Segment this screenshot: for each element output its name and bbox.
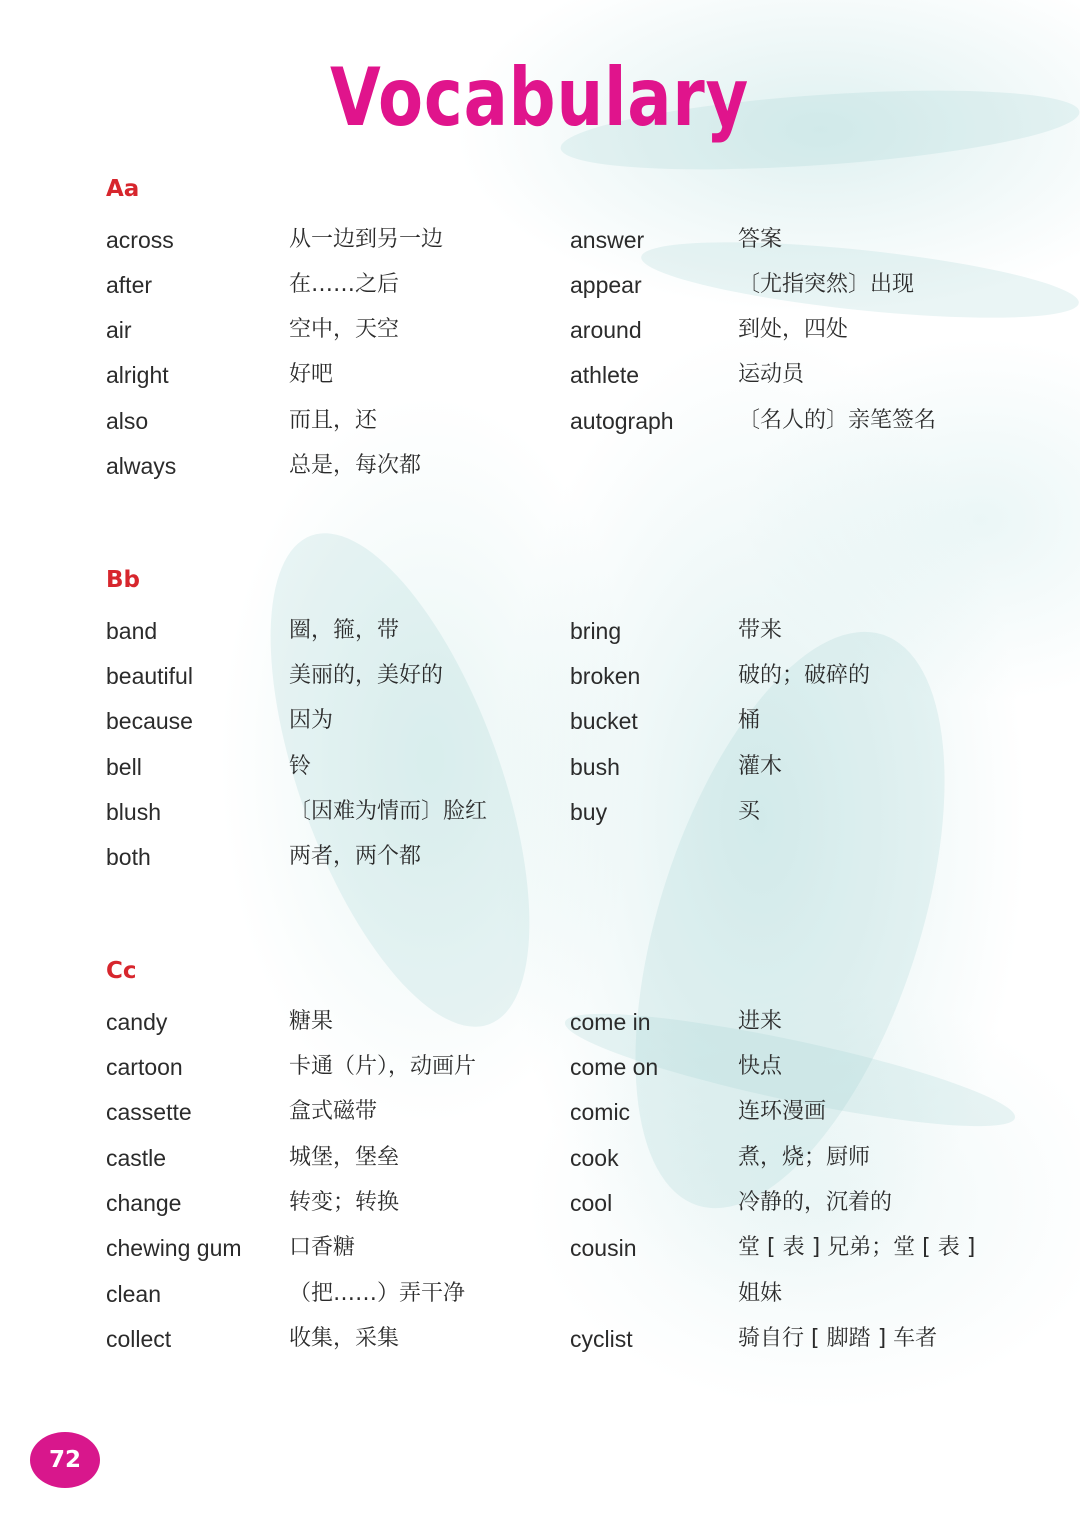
word-zh: 糖果 xyxy=(289,1011,333,1033)
word-zh: 买 xyxy=(738,801,760,823)
page-number: 72 xyxy=(49,1447,81,1473)
word-en: cousin xyxy=(570,1237,636,1260)
word-zh: 从一边到另一边 xyxy=(289,229,443,251)
word-zh: 连环漫画 xyxy=(738,1101,826,1123)
word-zh: 在……之后 xyxy=(289,274,399,296)
word-en: bucket xyxy=(570,710,638,733)
word-zh: 因为 xyxy=(289,710,333,732)
word-en: chewing gum xyxy=(106,1237,242,1260)
word-zh: 冷静的，沉着的 xyxy=(738,1192,892,1214)
word-zh: 破的；破碎的 xyxy=(738,665,870,687)
word-zh: （把……）弄干净 xyxy=(289,1283,465,1305)
word-en: bell xyxy=(106,756,142,779)
word-en: collect xyxy=(106,1328,171,1351)
word-en: change xyxy=(106,1192,181,1215)
word-en: band xyxy=(106,620,157,643)
word-zh: 总是，每次都 xyxy=(289,455,421,477)
word-zh: 转变；转换 xyxy=(289,1192,399,1214)
word-en: broken xyxy=(570,665,640,688)
word-en: come on xyxy=(570,1056,658,1079)
word-zh: 口香糖 xyxy=(289,1237,355,1259)
word-zh: 〔因难为情而〕脸红 xyxy=(289,801,487,823)
word-en: both xyxy=(106,846,151,869)
word-en: alright xyxy=(106,364,169,387)
word-zh: 两者，两个都 xyxy=(289,846,421,868)
word-zh: 而且，还 xyxy=(289,410,377,432)
word-zh-continuation: 姐妹 xyxy=(738,1283,782,1305)
word-en: appear xyxy=(570,274,642,297)
word-zh: 快点 xyxy=(738,1056,782,1078)
word-zh: 铃 xyxy=(289,756,311,778)
word-en: air xyxy=(106,319,132,342)
word-en: across xyxy=(106,229,174,252)
word-zh: 骑自行 [ 脚踏 ] 车者 xyxy=(738,1328,937,1350)
word-en: castle xyxy=(106,1147,166,1170)
word-zh: 卡通（片），动画片 xyxy=(289,1056,476,1078)
word-en: cassette xyxy=(106,1101,192,1124)
word-en: comic xyxy=(570,1101,630,1124)
word-zh: 空中，天空 xyxy=(289,319,399,341)
page-number-badge: 72 xyxy=(30,1432,100,1488)
section-header-b: Bb xyxy=(106,567,140,593)
word-en: around xyxy=(570,319,642,342)
word-en: cartoon xyxy=(106,1056,183,1079)
word-zh: 到处，四处 xyxy=(738,319,848,341)
section-header-c: Cc xyxy=(106,958,137,984)
word-zh: 桶 xyxy=(738,710,760,732)
word-en: autograph xyxy=(570,410,674,433)
word-en: athlete xyxy=(570,364,639,387)
word-zh: 〔尤指突然〕出现 xyxy=(738,274,914,296)
word-en: bush xyxy=(570,756,620,779)
word-zh: 美丽的，美好的 xyxy=(289,665,443,687)
word-en: also xyxy=(106,410,148,433)
word-en: beautiful xyxy=(106,665,193,688)
word-zh: 堂 [ 表 ] 兄弟；堂 [ 表 ] xyxy=(738,1237,975,1259)
word-zh: 盒式磁带 xyxy=(289,1101,377,1123)
word-en: buy xyxy=(570,801,607,824)
word-zh: 带来 xyxy=(738,620,782,642)
word-zh: 城堡，堡垒 xyxy=(289,1147,399,1169)
word-en: because xyxy=(106,710,193,733)
word-en: answer xyxy=(570,229,644,252)
word-zh: 运动员 xyxy=(738,364,804,386)
word-en: blush xyxy=(106,801,161,824)
word-en: come in xyxy=(570,1011,651,1034)
word-zh: 答案 xyxy=(738,229,782,251)
word-en: cook xyxy=(570,1147,619,1170)
word-en: clean xyxy=(106,1283,161,1306)
word-zh: 好吧 xyxy=(289,364,333,386)
word-zh: 灌木 xyxy=(738,756,782,778)
word-en: after xyxy=(106,274,152,297)
word-en: cool xyxy=(570,1192,612,1215)
word-zh: 圈，箍，带 xyxy=(289,620,399,642)
word-zh: 进来 xyxy=(738,1011,782,1033)
section-header-a: Aa xyxy=(106,176,139,202)
word-en: always xyxy=(106,455,176,478)
brush-stroke-decoration xyxy=(217,501,583,1058)
word-en: bring xyxy=(570,620,621,643)
word-zh: 煮，烧；厨师 xyxy=(738,1147,870,1169)
word-en: candy xyxy=(106,1011,167,1034)
word-zh: 〔名人的〕亲笔签名 xyxy=(738,410,936,432)
word-en: cyclist xyxy=(570,1328,633,1351)
page-title: Vocabulary xyxy=(330,58,749,138)
word-zh: 收集，采集 xyxy=(289,1328,399,1350)
